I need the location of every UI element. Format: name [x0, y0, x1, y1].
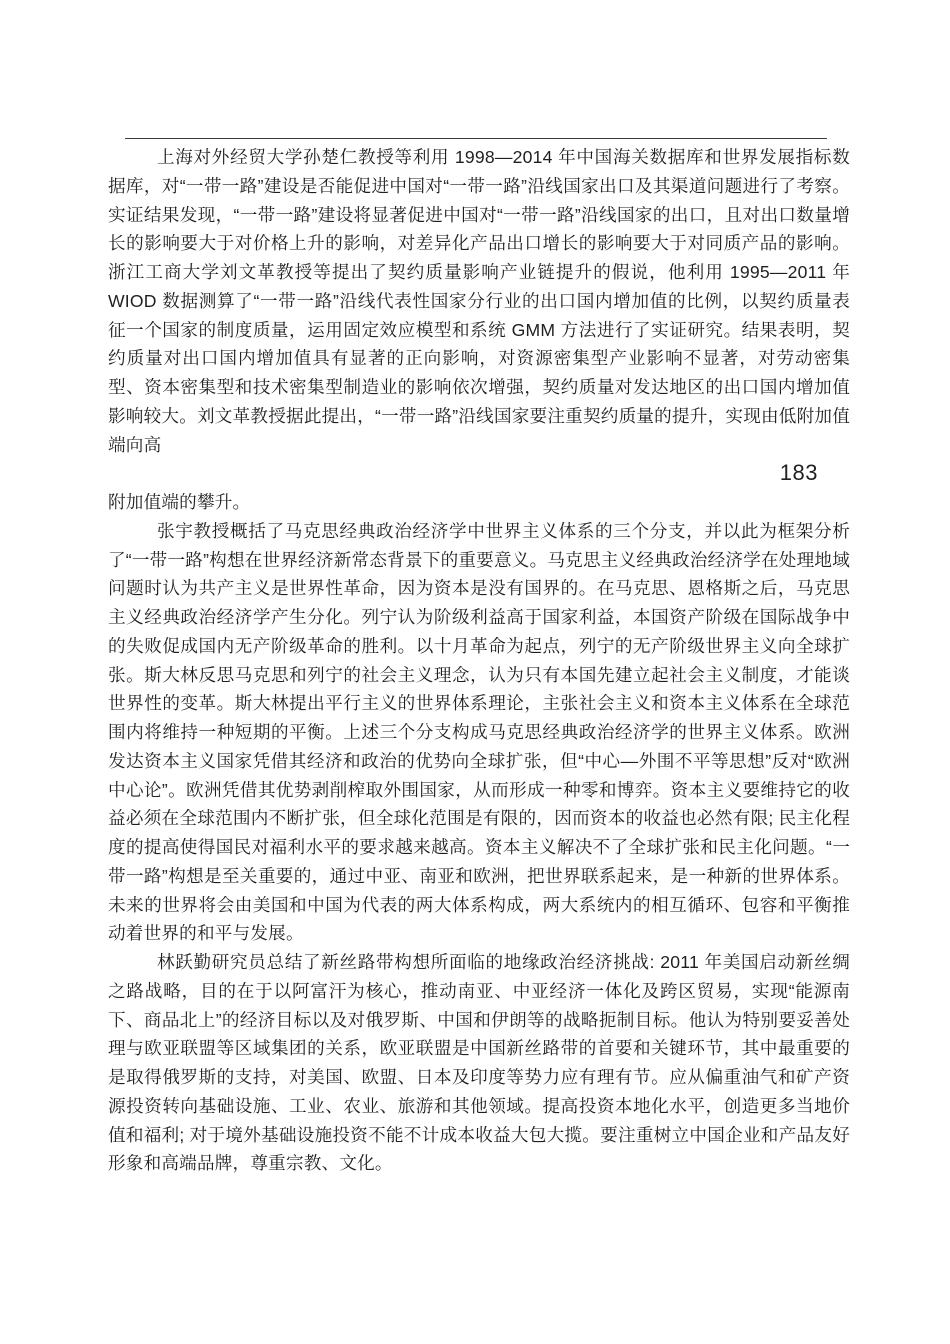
page-top-divider — [125, 138, 827, 139]
paragraph-belt-road-export-studies: 上海对外经贸大学孙楚仁教授等利用 1998—2014 年中国海关数据库和世界发展… — [108, 143, 850, 459]
paragraph-lin-yueqin-geopolitics: 林跃勤研究员总结了新丝路带构想所面临的地缘政治经济挑战: 2011 年美国启动新… — [108, 948, 850, 1178]
paragraph-zhang-yu-cosmopolitanism: 张宇教授概括了马克思经典政治经济学中世界主义体系的三个分支，并以此为框架分析了“… — [108, 517, 850, 948]
page-number: 183 — [108, 459, 850, 488]
document-page: 上海对外经贸大学孙楚仁教授等利用 1998—2014 年中国海关数据库和世界发展… — [0, 0, 950, 1344]
paragraph-continuation-after-pagebreak: 附加值端的攀升。 — [108, 488, 850, 517]
document-body: 上海对外经贸大学孙楚仁教授等利用 1998—2014 年中国海关数据库和世界发展… — [108, 143, 850, 1178]
